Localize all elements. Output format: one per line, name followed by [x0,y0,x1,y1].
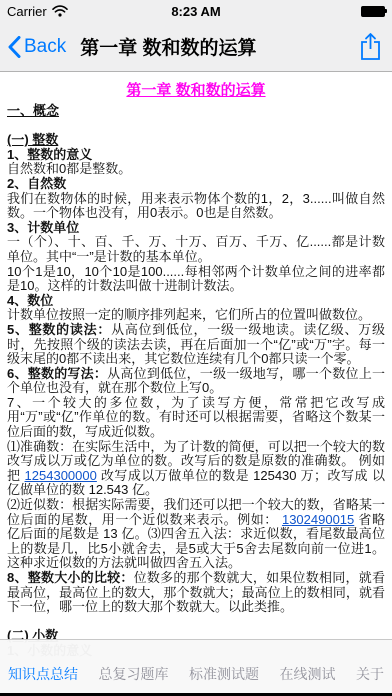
content-paragraph: 10个1是10，10个10是100......每相邻两个计数单位之间的进率都是1… [7,265,385,294]
status-time: 8:23 AM [0,4,392,19]
content-paragraph: 6、整数的写法：从高位到低位，一级一级地写，哪一个数位上一个单位也没有，就在那个… [7,367,385,396]
content-paragraph: ⑵近似数：根据实际需要，我们还可以把一个较大的数，省略某一位后面的尾数，用一个近… [7,498,385,571]
text-segment: 5、整数的读法： [7,322,111,337]
text-segment: 2、自然数 [7,176,66,191]
content-paragraph: 计数单位按照一定的顺序排列起来，它们所占的位置叫做数位。 [7,308,385,323]
content-paragraph: 我们在数物体的时候，用来表示物体个数的1，2，3......叫做自然数。一个物体… [7,192,385,221]
content-paragraph: ⑴准确数：在实际生活中，为了计数的简便，可以把一个较大的数改写成以万或亿为单位的… [7,440,385,498]
content-paragraph: 2、自然数 [7,177,385,192]
status-bar: Carrier 8:23 AM [0,0,392,22]
content-paragraph: 1、整数的意义 [7,148,385,163]
content-paragraph: 自然数和0都是整数。 [7,162,385,177]
toolbar-tab-3[interactable]: 在线测试 [280,664,336,684]
share-button[interactable] [357,30,384,63]
text-segment: 一、概念 [7,103,59,118]
share-icon [359,32,382,61]
inline-link[interactable]: 1254300000 [25,468,97,483]
content-paragraph [7,615,385,630]
bottom-toolbar: 知识点总结总复习题库标准测试题在线测试关于 [0,639,392,693]
content-paragraph: (一) 整数 [7,133,385,148]
content-paragraph: 一、概念 [7,104,385,119]
battery-icon [361,6,385,17]
toolbar-tab-0[interactable]: 知识点总结 [8,664,78,684]
app-window: Carrier 8:23 AM Back 第一章 数和数的运算 [0,0,392,696]
text-segment: 3、计数单位 [7,220,79,235]
content-area[interactable]: 第一章 数和数的运算一、概念 (一) 整数1、整数的意义自然数和0都是整数。2、… [0,73,392,696]
toolbar-tab-2[interactable]: 标准测试题 [189,664,259,684]
back-label: Back [24,36,66,58]
status-right [361,6,385,17]
content-paragraph: 5、整数的读法：从高位到低位，一级一级地读。读亿级、万级时，先按照个级的读法去读… [7,323,385,367]
text-segment: 一（个）、十、百、千、万、十万、百万、千万、亿......都是计数单位。其中“一… [7,234,385,264]
text-segment: 10个1是10，10个10是100......每相邻两个计数单位之间的进率都是1… [7,264,385,294]
content-paragraph: 一（个）、十、百、千、万、十万、百万、千万、亿......都是计数单位。其中“一… [7,235,385,264]
content-paragraph: 4、数位 [7,294,385,309]
content-heading: 第一章 数和数的运算 [7,81,385,101]
text-segment: (一) 整数 [7,132,58,147]
text-segment: 计数单位按照一定的顺序排列起来，它们所占的位置叫做数位。 [7,307,371,322]
content-paragraph: 3、计数单位 [7,221,385,236]
content-paragraph: 8、整数大小的比较：位数多的那个数就大，如果位数相同，就看最高位，最高位上的数大… [7,571,385,615]
inline-link[interactable]: 1302490015 [282,512,354,527]
text-segment: 8、整数大小的比较： [7,570,134,585]
toolbar-tab-1[interactable]: 总复习题库 [99,664,169,684]
content-paragraph: 7、一个较大的多位数，为了读写方便，常常把它改写成用“万”或“亿”作单位的数。有… [7,396,385,440]
text-segment: 6、整数的写法： [7,366,107,381]
text-segment: 我们在数物体的时候，用来表示物体个数的1，2，3......叫做自然数。一个物体… [7,191,385,221]
nav-bar: Back 第一章 数和数的运算 [0,22,392,72]
text-segment: 自然数和0都是整数。 [7,161,131,176]
page-title: 第一章 数和数的运算 [80,33,357,60]
text-segment: 4、数位 [7,293,53,308]
content-paragraph [7,119,385,134]
back-button[interactable]: Back [8,36,66,58]
text-segment: 7、一个较大的多位数，为了读写方便，常常把它改写成用“万”或“亿”作单位的数。有… [7,395,385,439]
toolbar-tab-4[interactable]: 关于 [356,664,384,684]
text-segment: 1、整数的意义 [7,147,92,162]
text-segment: 第一章 数和数的运算 [126,82,265,99]
back-chevron-icon [8,36,21,58]
